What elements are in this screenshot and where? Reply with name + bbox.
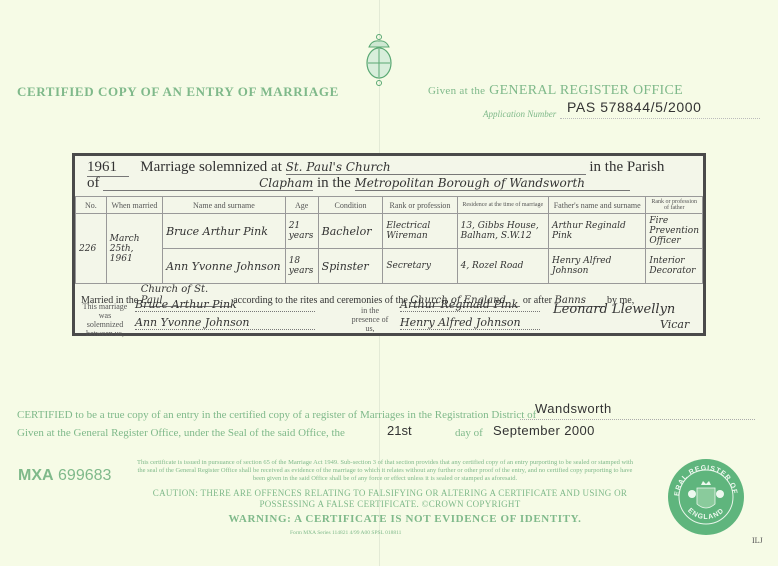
solemnized-label: Marriage solemnized at bbox=[140, 159, 282, 175]
application-number: PAS 578844/5/2000 bbox=[567, 99, 702, 115]
col-condition: Condition bbox=[318, 197, 383, 214]
in-the-label: in the bbox=[317, 175, 351, 191]
presence-label: in the presence of us, bbox=[350, 306, 390, 333]
col-father-profession: Rank or profession of father bbox=[646, 197, 703, 214]
bride-name: Ann Yvonne Johnson bbox=[163, 249, 286, 284]
legal-fine-print: This certificate is issued in pursuance … bbox=[135, 459, 635, 483]
identity-warning: WARNING: A CERTIFICATE IS NOT EVIDENCE O… bbox=[155, 513, 655, 525]
registration-district: Wandsworth bbox=[535, 401, 612, 416]
col-father: Father's name and surname bbox=[549, 197, 646, 214]
register-table: No. When married Name and surname Age Co… bbox=[75, 196, 703, 284]
bride-father: Henry Alfred Johnson bbox=[549, 249, 646, 284]
application-number-line bbox=[560, 118, 760, 119]
serial-number: MXA 699683 bbox=[18, 467, 111, 485]
col-no: No. bbox=[76, 197, 107, 214]
groom-residence: 13, Gibbs House, Balham, S.W.12 bbox=[457, 214, 548, 249]
entry-number: 226 bbox=[76, 214, 107, 284]
serial-digits: 699683 bbox=[58, 467, 111, 484]
certification-day: 21st bbox=[387, 423, 412, 438]
groom-name: Bruce Arthur Pink bbox=[163, 214, 286, 249]
bride-father-profession: Interior Decorator bbox=[646, 249, 703, 284]
caution-notice: CAUTION: THERE ARE OFFENCES RELATING TO … bbox=[140, 488, 640, 510]
entry-date: March 25th, 1961 bbox=[106, 214, 162, 284]
bride-signature: Ann Yvonne Johnson bbox=[135, 316, 315, 330]
of-label: of bbox=[87, 175, 100, 191]
issuing-office-prefix: Given at the bbox=[428, 85, 485, 97]
bride-condition: Spinster bbox=[318, 249, 383, 284]
form-number: Form MXA Series 114821 4/99 A00 SPSL 018… bbox=[290, 530, 401, 536]
entry-header-line2: of Clapham in the Metropolitan Borough o… bbox=[87, 175, 630, 192]
document-title: CERTIFIED COPY OF AN ENTRY OF MARRIAGE bbox=[17, 84, 339, 100]
groom-profession: Electrical Wireman bbox=[383, 214, 457, 249]
groom-signature: Bruce Arthur Pink bbox=[135, 298, 315, 312]
table-row: Ann Yvonne Johnson 18 years Spinster Sec… bbox=[76, 249, 703, 284]
general-register-office-seal-icon: GENERAL REGISTER OFFICE ENGLAND bbox=[667, 458, 745, 536]
col-age: Age bbox=[285, 197, 318, 214]
parish-label: in the Parish bbox=[589, 159, 664, 175]
clerk-initials: ILJ bbox=[752, 536, 763, 545]
groom-father-profession: Fire Prevention Officer bbox=[646, 214, 703, 249]
day-of-label: day of bbox=[455, 427, 483, 439]
officiant-title: Vicar bbox=[660, 318, 689, 331]
entry-borough: Metropolitan Borough of Wandsworth bbox=[355, 176, 630, 191]
officiant-signature: Leonard Llewellyn bbox=[553, 302, 675, 317]
groom-age: 21 years bbox=[285, 214, 318, 249]
col-profession: Rank or profession bbox=[383, 197, 457, 214]
witness-2-signature: Henry Alfred Johnson bbox=[400, 316, 540, 330]
bride-age: 18 years bbox=[285, 249, 318, 284]
bride-profession: Secretary bbox=[383, 249, 457, 284]
table-row: 226 March 25th, 1961 Bruce Arthur Pink 2… bbox=[76, 214, 703, 249]
bride-residence: 4, Rozel Road bbox=[457, 249, 548, 284]
col-name: Name and surname bbox=[163, 197, 286, 214]
entry-place: St. Paul's Church bbox=[286, 160, 586, 175]
issuing-office: Given at the GENERAL REGISTER OFFICE bbox=[428, 83, 683, 99]
groom-father: Arthur Reginald Pink bbox=[549, 214, 646, 249]
certification-month-year: September 2000 bbox=[493, 423, 595, 438]
entry-parish: Clapham bbox=[103, 176, 313, 191]
district-line bbox=[520, 419, 755, 420]
given-statement: Given at the General Register Office, un… bbox=[17, 427, 345, 439]
groom-condition: Bachelor bbox=[318, 214, 383, 249]
table-header-row: No. When married Name and surname Age Co… bbox=[76, 197, 703, 214]
col-residence: Residence at the time of marriage bbox=[457, 197, 548, 214]
witness-1-signature: Arthur Reginald Pink bbox=[400, 298, 540, 312]
serial-prefix: MXA bbox=[18, 467, 54, 484]
royal-crest-icon bbox=[364, 33, 394, 88]
application-number-label: Application Number bbox=[483, 109, 556, 119]
marriage-entry: 1961 Marriage solemnized at St. Paul's C… bbox=[72, 153, 706, 336]
issuing-office-name: GENERAL REGISTER OFFICE bbox=[489, 83, 683, 98]
col-when-married: When married bbox=[106, 197, 162, 214]
certification-statement: CERTIFIED to be a true copy of an entry … bbox=[17, 409, 536, 421]
between-label: This marriage was solemnized between us, bbox=[81, 302, 129, 338]
